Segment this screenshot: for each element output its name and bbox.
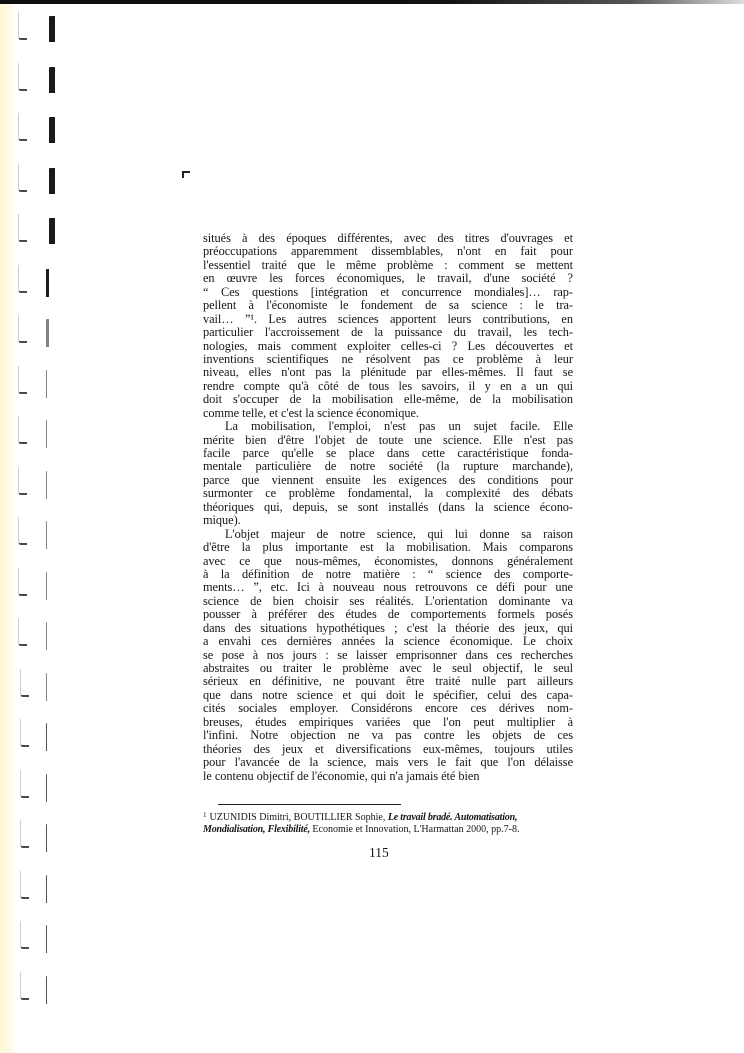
binding-ring	[49, 218, 55, 244]
text-line: niveau, elles n'ont pas la plénitude par…	[203, 366, 573, 379]
text-line: préoccupations apparemment dissemblables…	[203, 245, 573, 258]
footnote-line-2: Mondialisation, Flexibilité, Economie et…	[203, 824, 575, 836]
binding-ring	[49, 168, 55, 194]
binding-hook	[18, 416, 27, 444]
binding-hook	[18, 517, 27, 545]
text-line: pellent à l'économiste le fondement de s…	[203, 299, 573, 312]
text-line: breuses, études empiriques variées que l…	[203, 716, 573, 729]
text-line: ments… ”, etc. Ici à nouveau nous retrou…	[203, 581, 573, 594]
text-line: mentale particulière de notre société (l…	[203, 460, 573, 473]
text-line: se pose à nos jours : se laisser empriso…	[203, 649, 573, 662]
binding-ring	[46, 420, 47, 448]
binding-ring	[46, 976, 47, 1004]
text-line: cités sociales employer. Considérons enc…	[203, 702, 573, 715]
text-line: mérite bien d'être l'objet de toute une …	[203, 434, 573, 447]
text-line: parce que viennent ensuite les exigences…	[203, 474, 573, 487]
binding-hook	[18, 568, 27, 596]
text-line: pour l'avancée de la science, mais vers …	[203, 756, 573, 769]
binding-ring	[46, 875, 47, 903]
text-line: le contenu objectif de l'économie, qui n…	[203, 770, 573, 783]
binding-ring	[49, 117, 55, 143]
binding-hook	[20, 871, 29, 899]
text-line: L'objet majeur de notre science, qui lui…	[203, 528, 573, 541]
binding-ring	[46, 774, 47, 802]
text-line: à la définition de notre matière : “ sci…	[203, 568, 573, 581]
text-line: facile parce qu'elle se place dans cette…	[203, 447, 573, 460]
footnote-publisher: Economie et Innovation, L'Harmattan 2000…	[312, 824, 519, 835]
binding-hook	[18, 618, 27, 646]
footnote-title-1: Le travail bradé. Automatisation,	[388, 812, 517, 823]
binding-hook	[20, 820, 29, 848]
text-line: science de bien choisir ses réalités. L'…	[203, 595, 573, 608]
binding-ring	[46, 521, 47, 549]
binding-ring	[46, 471, 47, 499]
text-line: en œuvre les forces économiques, le trav…	[203, 272, 573, 285]
text-line: a envahi ces dernières années la science…	[203, 635, 573, 648]
binding-ring	[46, 925, 47, 953]
text-line: théoriques qui, depuis, se sont installé…	[203, 501, 573, 514]
text-line: comme telle, et c'est la science économi…	[203, 407, 573, 420]
text-line: pousser à préférer des études de comport…	[203, 608, 573, 621]
binding-hook	[20, 719, 29, 747]
binding-ring	[49, 16, 55, 42]
binding-hook	[18, 265, 27, 293]
stray-mark	[182, 171, 190, 178]
footnote-authors: UZUNIDIS Dimitri, BOUTILLIER Sophie,	[210, 812, 386, 823]
text-line: avec ce que nous-mêmes, économistes, don…	[203, 555, 573, 568]
text-line: dans des situations hypothétiques ; c'es…	[203, 622, 573, 635]
footnote: 1UZUNIDIS Dimitri, BOUTILLIER Sophie, Le…	[203, 810, 575, 835]
scan-top-edge	[0, 0, 744, 4]
binding-hook	[20, 921, 29, 949]
text-line: rendre compte qu'à côté de tous les savo…	[203, 380, 573, 393]
binding-ring	[49, 67, 55, 93]
body-text: situés à des époques différentes, avec d…	[203, 232, 573, 783]
binding-hook	[18, 63, 27, 91]
binding-ring	[46, 370, 47, 398]
binding-ring	[46, 723, 47, 751]
text-line: La mobilisation, l'emploi, n'est pas un …	[203, 420, 573, 433]
binding-hook	[18, 366, 27, 394]
text-line: l'essentiel traité que le même problème …	[203, 259, 573, 272]
text-line: abstraites ou traiter le problème avec l…	[203, 662, 573, 675]
binding-strip	[0, 0, 16, 1053]
footnote-line-1: 1UZUNIDIS Dimitri, BOUTILLIER Sophie, Le…	[203, 810, 575, 824]
binding-hook	[20, 770, 29, 798]
footnote-rule	[218, 804, 401, 805]
text-line: “ Ces questions [intégration et concurre…	[203, 286, 573, 299]
text-line: surmonter ce problème fondamental, la co…	[203, 487, 573, 500]
text-line: doit s'occuper de la mobilisation elle-m…	[203, 393, 573, 406]
binding-ring	[46, 572, 47, 600]
binding-hook	[18, 315, 27, 343]
text-line: situés à des époques différentes, avec d…	[203, 232, 573, 245]
text-line: que dans notre science et qui doit le sp…	[203, 689, 573, 702]
binding-ring	[46, 824, 47, 852]
binding-ring	[46, 622, 47, 650]
text-line: nologies, mais comment exploiter celles-…	[203, 340, 573, 353]
binding-hook	[20, 669, 29, 697]
binding-hook	[18, 467, 27, 495]
binding-ring	[46, 319, 49, 347]
binding-hook	[20, 972, 29, 1000]
binding-hook	[18, 164, 27, 192]
footnote-title-2: Mondialisation, Flexibilité,	[203, 824, 310, 835]
page-number: 115	[369, 845, 389, 861]
text-line: théories des jeux et diversifications eu…	[203, 743, 573, 756]
text-line: d'être la plus importante est la mobilis…	[203, 541, 573, 554]
footnote-marker: 1	[203, 811, 207, 819]
binding-hook	[18, 113, 27, 141]
text-line: inventions scientifiques ne résolvent pa…	[203, 353, 573, 366]
text-line: vail… ”¹. Les autres sciences apportent …	[203, 313, 573, 326]
binding-hook	[18, 214, 27, 242]
text-line: particulier l'accroissement de la puissa…	[203, 326, 573, 339]
text-line: mique).	[203, 514, 573, 527]
binding-ring	[46, 673, 47, 701]
binding-ring	[46, 269, 49, 297]
text-line: sérieux en définitive, ne pouvant être t…	[203, 675, 573, 688]
text-line: l'infini. Notre objection ne va pas cont…	[203, 729, 573, 742]
binding-hook	[18, 12, 27, 40]
